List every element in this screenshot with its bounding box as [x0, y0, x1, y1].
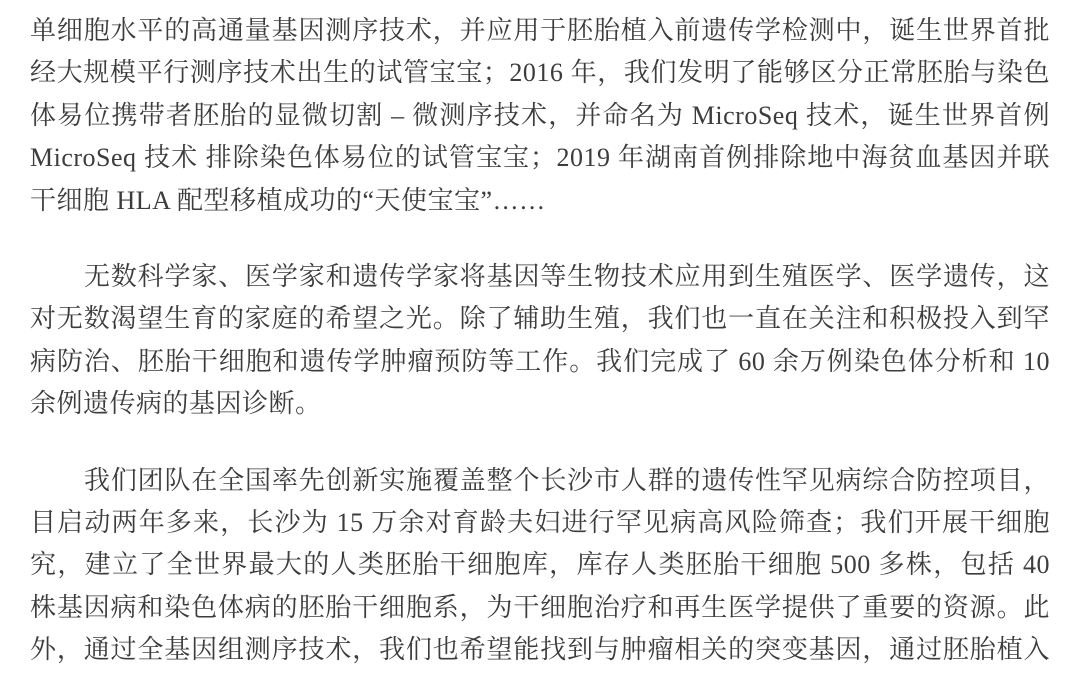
paragraph: 无数科学家、医学家和遗传学家将基因等生物技术应用到生殖医学、医学遗传，这是对无数… — [30, 256, 1050, 426]
text-line: 对无数渴望生育的家庭的希望之光。除了辅助生殖，我们也一直在关注和积极投入到罕见 — [30, 298, 1050, 340]
text-line: 体易位携带者胚胎的显微切割 – 微测序技术，并命名为 MicroSeq 技术，诞… — [30, 95, 1050, 137]
text-line: 我们团队在全国率先创新实施覆盖整个长沙市人群的遗传性罕见病综合防控项目，项 — [30, 460, 1050, 502]
text-line: 究，建立了全世界最大的人类胚胎干细胞库，库存人类胚胎干细胞 500 多株，包括 … — [30, 544, 1050, 586]
text-line: 病防治、胚胎干细胞和遗传学肿瘤预防等工作。我们完成了 60 余万例染色体分析和 … — [30, 341, 1050, 383]
text-line: 目启动两年多来，长沙为 15 万余对育龄夫妇进行罕见病高风险筛查；我们开展干细胞… — [30, 502, 1050, 544]
text-line: MicroSeq 技术 排除染色体易位的试管宝宝；2019 年湖南首例排除地中海… — [30, 137, 1050, 179]
document-page: 单细胞水平的高通量基因测序技术，并应用于胚胎植入前遗传学检测中，诞生世界首批经大… — [0, 0, 1080, 680]
text-line: 单细胞水平的高通量基因测序技术，并应用于胚胎植入前遗传学检测中，诞生世界首批 — [30, 10, 1050, 52]
text-line: 株基因病和染色体病的胚胎干细胞系，为干细胞治疗和再生医学提供了重要的资源。此 — [30, 587, 1050, 629]
text-line: 余例遗传病的基因诊断。 — [30, 383, 1050, 425]
paragraph: 我们团队在全国率先创新实施覆盖整个长沙市人群的遗传性罕见病综合防控项目，项目启动… — [30, 460, 1050, 672]
text-line: 无数科学家、医学家和遗传学家将基因等生物技术应用到生殖医学、医学遗传，这是 — [30, 256, 1050, 298]
text-line: 干细胞 HLA 配型移植成功的“天使宝宝”…… — [30, 180, 1050, 222]
text-line: 经大规模平行测序技术出生的试管宝宝；2016 年，我们发明了能够区分正常胚胎与染… — [30, 52, 1050, 94]
text-line: 外，通过全基因组测序技术，我们也希望能找到与肿瘤相关的突变基因，通过胚胎植入前 — [30, 629, 1050, 671]
document-body: 单细胞水平的高通量基因测序技术，并应用于胚胎植入前遗传学检测中，诞生世界首批经大… — [30, 10, 1050, 671]
paragraph: 单细胞水平的高通量基因测序技术，并应用于胚胎植入前遗传学检测中，诞生世界首批经大… — [30, 10, 1050, 222]
